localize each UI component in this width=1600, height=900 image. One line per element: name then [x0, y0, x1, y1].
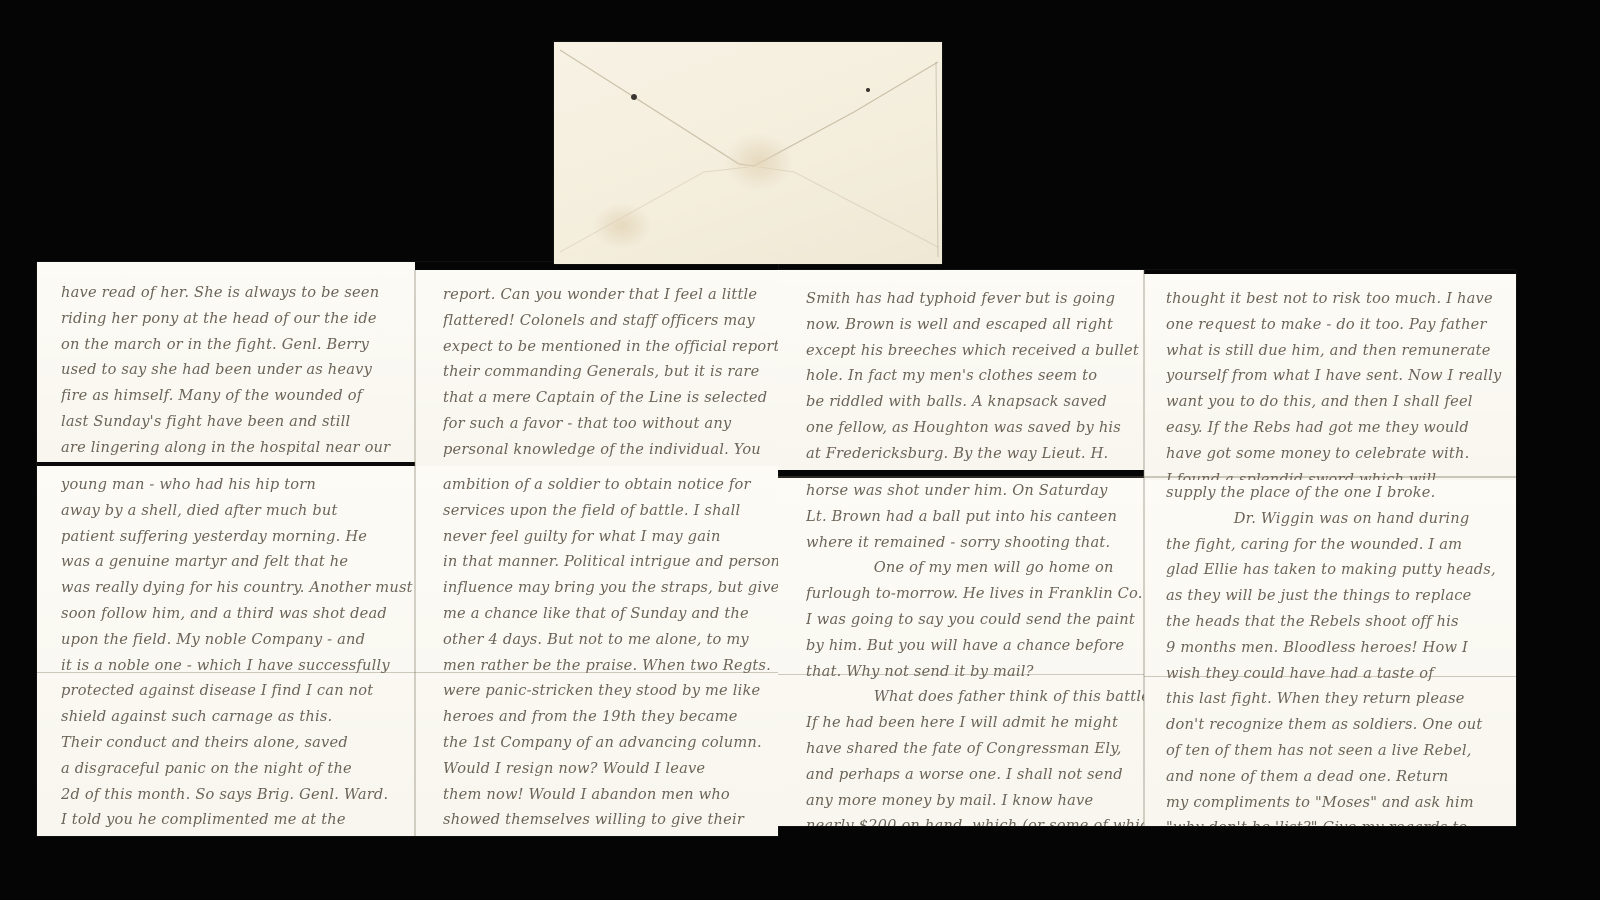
handwritten-line: 2d of this month. So says Brig. Genl. Wa… [61, 782, 415, 808]
handwritten-line: other 4 days. But not to me alone, to my [443, 627, 778, 653]
handwritten-line: one fellow, as Houghton was saved by his [806, 415, 1144, 441]
handwritten-line: in that manner. Political intrigue and p… [443, 549, 778, 575]
fold-crease [415, 672, 778, 673]
letter-sheet-1: have read of her. She is always to be se… [37, 262, 778, 836]
letter-sheet-2: Smith has had typhoid fever but is going… [778, 270, 1516, 826]
handwritten-line: wish they could have had a taste of [1166, 661, 1516, 687]
sheet-1-left-top-panel: have read of her. She is always to be se… [37, 262, 415, 462]
handwritten-line: a disgraceful panic on the night of the [61, 756, 415, 782]
handwritten-line: them now! Would I abandon men who [443, 782, 778, 808]
handwritten-line: my compliments to "Moses" and ask him [1166, 790, 1516, 816]
sheet-1-right-bottom-text: ambition of a soldier to obtain notice f… [443, 472, 778, 836]
handwritten-line: want you to do this, and then I shall fe… [1166, 389, 1516, 415]
envelope [554, 42, 942, 264]
handwritten-line: "why don't he 'list?" Give my regards to [1166, 815, 1516, 826]
handwritten-line: of ten of them has not seen a live Rebel… [1166, 738, 1516, 764]
center-fold [414, 270, 416, 836]
handwritten-line: patient suffering yesterday morning. He [61, 524, 415, 550]
handwritten-line: on the march or in the fight. Genl. Berr… [61, 332, 415, 358]
sheet-1-left-bottom-text: young man - who had his hip torn away by… [61, 472, 415, 836]
handwritten-line: by him. But you will have a chance befor… [806, 633, 1144, 659]
handwritten-line: riding her pony at the head of our the i… [61, 306, 415, 332]
handwritten-line: fire as himself. Many of the wounded of [61, 383, 415, 409]
handwritten-line: furlough to-morrow. He lives in Franklin… [806, 581, 1144, 607]
handwritten-line: easy. If the Rebs had got me they would [1166, 415, 1516, 441]
handwritten-line: the fight, caring for the wounded. I am [1166, 532, 1516, 558]
handwritten-line: personal knowledge of the individual. Yo… [443, 437, 778, 463]
handwritten-line: the 1st Company of an advancing column. [443, 730, 778, 756]
handwritten-line: away by a shell, died after much but [61, 498, 415, 524]
handwritten-line: never feel guilty for what I may gain [443, 524, 778, 550]
handwritten-line: young man - who had his hip torn [61, 472, 415, 498]
handwritten-line: own lives to save mine? No, not [443, 833, 778, 836]
handwritten-line: last Sunday's fight have been and still [61, 409, 415, 435]
handwritten-line: that. Why not send it by mail? [806, 659, 1144, 685]
handwritten-line: If he had been here I will admit he migh… [806, 710, 1144, 736]
center-fold [1143, 270, 1145, 826]
handwritten-line: one request to make - do it too. Pay fat… [1166, 312, 1516, 338]
handwritten-line: protected against disease I find I can n… [61, 678, 415, 704]
ink-dot-icon [631, 94, 637, 100]
handwritten-line: Dr. Wiggin was on hand during [1166, 506, 1516, 532]
handwritten-line: the heads that the Rebels shoot off his [1166, 609, 1516, 635]
fold-crease [37, 672, 415, 673]
handwritten-line: soon follow him, and a third was shot de… [61, 601, 415, 627]
sheet-1-left-bottom-panel: young man - who had his hip torn away by… [37, 466, 415, 836]
handwritten-line: were panic-stricken they stood by me lik… [443, 678, 778, 704]
handwritten-line: services upon the field of battle. I sha… [443, 498, 778, 524]
handwritten-line: glad Ellie has taken to making putty hea… [1166, 557, 1516, 583]
sheet-2-right-top-text: thought it best not to risk too much. I … [1166, 286, 1516, 480]
sheet-1-left-top-text: have read of her. She is always to be se… [61, 280, 415, 462]
handwritten-line: Would I resign now? Would I leave [443, 756, 778, 782]
handwritten-line: influence may bring you the straps, but … [443, 575, 778, 601]
wax-seal-residue [724, 132, 794, 192]
handwritten-line: that a mere Captain of the Line is selec… [443, 385, 778, 411]
handwritten-line: I was going to say you could send the pa… [806, 607, 1144, 633]
handwritten-line: One of my men will go home on [806, 555, 1144, 581]
handwritten-line: expect to be mentioned in the official r… [443, 334, 778, 360]
sheet-2-left-top-panel: Smith has had typhoid fever but is going… [778, 270, 1144, 470]
ink-dot-icon [866, 88, 870, 92]
handwritten-line: and perhaps a worse one. I shall not sen… [806, 762, 1144, 788]
sheet-2-left-top-text: Smith has had typhoid fever but is going… [806, 286, 1144, 470]
handwritten-line: shield against such carnage as this. [61, 704, 415, 730]
sheet-1-right-top-text: report. Can you wonder that I feel a lit… [443, 282, 778, 466]
handwritten-line: had a very narrow escape this time. His [806, 467, 1144, 470]
envelope-stain [592, 202, 652, 250]
sheet-2-right-bottom-text: supply the place of the one I broke. Dr.… [1166, 480, 1516, 826]
sheet-2-right-top-panel: thought it best not to risk too much. I … [1144, 274, 1516, 480]
handwritten-line: 9 months men. Bloodless heroes! How I [1166, 635, 1516, 661]
handwritten-line: was really dying for his country. Anothe… [61, 575, 415, 601]
handwritten-line: thought it best not to risk too much. I … [1166, 286, 1516, 312]
handwritten-line: and none of them a dead one. Return [1166, 764, 1516, 790]
handwritten-line: nearly $200 on hand, which (or some of w… [806, 813, 1144, 826]
handwritten-line: their commanding Generals, but it is rar… [443, 359, 778, 385]
handwritten-line: showed themselves willing to give their [443, 807, 778, 833]
handwritten-line: yourself from what I have sent. Now I re… [1166, 363, 1516, 389]
handwritten-line: Their conduct and theirs alone, saved [61, 730, 415, 756]
handwritten-line: time. He has since done so in his offici… [61, 833, 415, 836]
handwritten-line: any more money by mail. I know have [806, 788, 1144, 814]
handwritten-line: have shared the fate of Congressman Ely, [806, 736, 1144, 762]
handwritten-line: are lingering along in the hospital near… [61, 435, 415, 461]
handwritten-line: upon the field. My noble Company - and [61, 627, 415, 653]
sheet-2-right-bottom-panel: supply the place of the one I broke. Dr.… [1144, 480, 1516, 826]
handwritten-line: ambition of a soldier to obtain notice f… [443, 472, 778, 498]
handwritten-line: have read of her. She is always to be se… [61, 280, 415, 306]
handwritten-line: Smith has had typhoid fever but is going [806, 286, 1144, 312]
handwritten-line: What does father think of this battle? [806, 684, 1144, 710]
handwritten-line: was a genuine martyr and felt that he [61, 549, 415, 575]
handwritten-line: what is still due him, and then remunera… [1166, 338, 1516, 364]
handwritten-line: used to say she had been under as heavy [61, 357, 415, 383]
handwritten-line: Lt. Brown had a ball put into his cantee… [806, 504, 1144, 530]
handwritten-line: at Fredericksburg. By the way Lieut. H. [806, 441, 1144, 467]
fold-crease [1144, 676, 1516, 677]
sheet-2-left-bottom-panel: horse was shot under him. On Saturday Lt… [778, 478, 1144, 826]
handwritten-line: supply the place of the one I broke. [1166, 480, 1516, 506]
handwritten-line: flattered! Colonels and staff officers m… [443, 308, 778, 334]
handwritten-line: be riddled with balls. A knapsack saved [806, 389, 1144, 415]
handwritten-line: heroes and from the 19th they became [443, 704, 778, 730]
handwritten-line: this last fight. When they return please [1166, 686, 1516, 712]
handwritten-line: it is a noble one - which I have success… [61, 653, 415, 679]
fold-crease [778, 674, 1144, 675]
handwritten-line: men rather be the praise. When two Regts… [443, 653, 778, 679]
sheet-2-left-bottom-text: horse was shot under him. On Saturday Lt… [806, 478, 1144, 826]
sheet-1-right-bottom-panel: ambition of a soldier to obtain notice f… [415, 466, 778, 836]
handwritten-line: report. Can you wonder that I feel a lit… [443, 282, 778, 308]
handwritten-line: except his breeches which received a bul… [806, 338, 1144, 364]
handwritten-line: don't recognize them as soldiers. One ou… [1166, 712, 1516, 738]
handwritten-line: me a chance like that of Sunday and the [443, 601, 778, 627]
handwritten-line: have got some money to celebrate with. [1166, 441, 1516, 467]
handwritten-line: for such a favor - that too without any [443, 411, 778, 437]
handwritten-line: hole. In fact my men's clothes seem to [806, 363, 1144, 389]
handwritten-line: as they will be just the things to repla… [1166, 583, 1516, 609]
handwritten-line: where it remained - sorry shooting that. [806, 530, 1144, 556]
sheet-1-right-top-panel: report. Can you wonder that I feel a lit… [415, 270, 778, 466]
handwritten-line: now. Brown is well and escaped all right [806, 312, 1144, 338]
handwritten-line: horse was shot under him. On Saturday [806, 478, 1144, 504]
handwritten-line: I told you he complimented me at the [61, 807, 415, 833]
